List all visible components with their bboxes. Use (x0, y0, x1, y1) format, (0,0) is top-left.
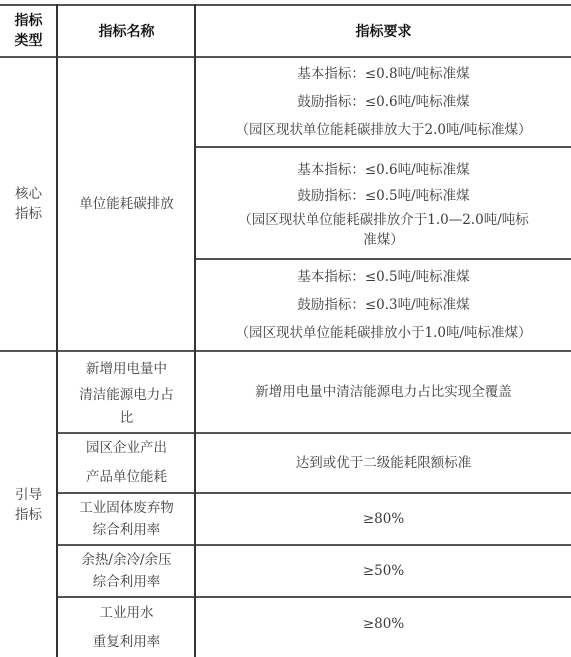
guide-type-cell: 引导 指标 (0, 352, 57, 657)
core-type-line2: 指标 (15, 204, 42, 224)
core-tier3-encourage: 鼓励指标：≤0.3吨/吨标准煤 (297, 291, 469, 319)
guide-row5-requirement-cell: ≥80% (196, 598, 571, 650)
guide-row2-requirement: 达到或优于二级能耗限额标准 (296, 450, 472, 476)
core-type-line1: 核心 (15, 184, 42, 204)
guide-row3-name-line1: 工业固体废弃物 (79, 497, 174, 519)
guide-row4-requirement-cell: ≥50% (196, 546, 571, 596)
core-tier2-condition-line1: （园区现状单位能耗碳排放介于1.0—2.0吨/吨标 (238, 209, 529, 231)
guide-type-line2: 指标 (15, 505, 42, 525)
guide-row5-name-line1: 工业用水 (100, 599, 154, 628)
indicator-table: 指标 类型 指标名称 指标要求 核心 指标 单位能耗碳排放 基本指标：≤0.8吨… (0, 0, 571, 657)
core-type-cell: 核心 指标 (0, 58, 57, 350)
guide-row5-name-cell: 工业用水 重复利用率 (58, 598, 195, 657)
guide-row1-name-line3: 比 (120, 409, 134, 427)
core-name: 单位能耗碳排放 (79, 191, 174, 217)
guide-row2-requirement-cell: 达到或优于二级能耗限额标准 (196, 434, 571, 492)
core-tier1-condition: （园区现状单位能耗碳排放大于2.0吨/吨标准煤） (235, 116, 531, 144)
guide-row5-name-line2: 重复利用率 (93, 628, 161, 657)
guide-type-line1: 引导 (15, 485, 42, 505)
guide-row4-name-cell: 余热/余冷/余压 综合利用率 (58, 546, 195, 596)
core-tier2-condition-line2: 准煤） (363, 231, 404, 249)
guide-row3-requirement: ≥80% (363, 506, 404, 532)
guide-row3-name-line2: 综合利用率 (93, 519, 161, 541)
header-type-line1: 指标 (15, 11, 43, 31)
header-type-cell: 指标 类型 (0, 6, 57, 56)
guide-row4-requirement: ≥50% (363, 558, 404, 584)
guide-row3-name-cell: 工业固体废弃物 综合利用率 (58, 494, 195, 544)
guide-row2-name-line1: 园区企业产出 (86, 434, 167, 463)
header-requirement-cell: 指标要求 (196, 6, 571, 56)
guide-row2-name-line2: 产品单位能耗 (86, 463, 167, 492)
core-tier3-basic: 基本指标：≤0.5吨/吨标准煤 (297, 263, 469, 291)
header-type-line2: 类型 (15, 31, 43, 51)
guide-row1-requirement: 新增用电量中清洁能源电力占比实现全覆盖 (255, 379, 512, 405)
core-tier3-condition: （园区现状单位能耗碳排放小于1.0吨/吨标准煤） (235, 319, 531, 347)
core-name-cell: 单位能耗碳排放 (58, 58, 195, 350)
guide-row4-name-line2: 综合利用率 (93, 571, 161, 593)
core-tier1-basic: 基本指标：≤0.8吨/吨标准煤 (297, 60, 469, 88)
header-name: 指标名称 (99, 21, 155, 41)
guide-row1-requirement-cell: 新增用电量中清洁能源电力占比实现全覆盖 (196, 352, 571, 432)
guide-row1-name-line2: 清洁能源电力占 (79, 381, 174, 409)
header-requirement: 指标要求 (356, 21, 412, 41)
core-tier2-cell: 基本指标：≤0.6吨/吨标准煤 鼓励指标：≤0.5吨/吨标准煤 （园区现状单位能… (196, 148, 571, 258)
guide-row1-name-cell: 新增用电量中 清洁能源电力占 比 (58, 352, 195, 432)
header-name-cell: 指标名称 (58, 6, 195, 56)
guide-row1-name-line1: 新增用电量中 (86, 357, 167, 381)
core-tier2-basic: 基本指标：≤0.6吨/吨标准煤 (297, 157, 469, 183)
core-tier3-cell: 基本指标：≤0.5吨/吨标准煤 鼓励指标：≤0.3吨/吨标准煤 （园区现状单位能… (196, 260, 571, 350)
guide-row2-name-cell: 园区企业产出 产品单位能耗 (58, 434, 195, 492)
core-tier1-cell: 基本指标：≤0.8吨/吨标准煤 鼓励指标：≤0.6吨/吨标准煤 （园区现状单位能… (196, 58, 571, 146)
guide-row3-requirement-cell: ≥80% (196, 494, 571, 544)
guide-row4-name-line1: 余热/余冷/余压 (81, 549, 171, 571)
guide-row5-requirement: ≥80% (363, 611, 404, 637)
core-tier1-encourage: 鼓励指标：≤0.6吨/吨标准煤 (297, 88, 469, 116)
core-tier2-encourage: 鼓励指标：≤0.5吨/吨标准煤 (297, 183, 469, 209)
